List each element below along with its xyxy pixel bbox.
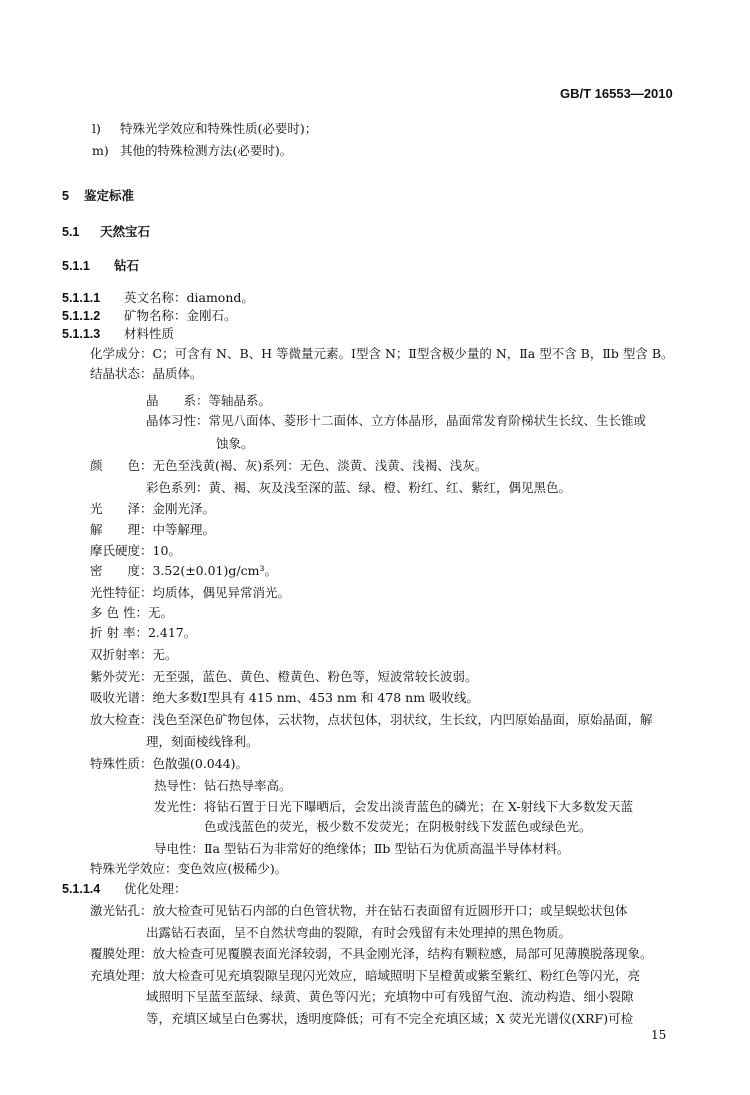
- clause-text: 优化处理：: [124, 881, 187, 896]
- prop-crystal-system: 晶 系：等轴晶系。: [146, 393, 271, 409]
- list-marker: m): [92, 143, 120, 159]
- treatment-filling: 充填处理：放大检查可见充填裂隙呈现闪光效应，暗域照明下呈橙黄或紫至紫红、粉红色等…: [90, 968, 640, 984]
- prop-birefringence: 双折射率：无。: [90, 647, 178, 663]
- treatment-laser-cont: 出露钻石表面，呈不自然状弯曲的裂隙，有时会残留有未处理掉的黑色物质。: [146, 925, 571, 941]
- list-marker: l): [92, 121, 120, 137]
- prop-magnification-cont: 理，刻面棱线锋利。: [146, 734, 259, 750]
- clause-number: 5.1.1.1: [62, 290, 124, 306]
- section-number: 5: [62, 188, 84, 204]
- prop-density: 密 度：3.52(±0.01)g/cm³。: [90, 563, 277, 579]
- treatment-filling-cont2: 等，充填区域呈白色雾状，透明度降低；可有不完全充填区域；X 荧光光谱仪(XRF)…: [146, 1011, 633, 1027]
- section-title: 鉴定标准: [84, 188, 134, 203]
- clause-text: 英文名称：diamond。: [124, 290, 254, 305]
- prop-conductivity: 导电性：Ⅱa 型钻石为非常好的绝缘体；Ⅱb 型钻石为优质高温半导体材料。: [154, 841, 569, 857]
- clause-5-1-1-4: 5.1.1.4优化处理：: [62, 881, 187, 897]
- prop-chemical: 化学成分：C；可含有 N、B、H 等微量元素。Ⅰ型含 N；Ⅱ型含极少量的 N，Ⅱ…: [90, 346, 674, 362]
- list-text: 特殊光学效应和特殊性质(必要时)；: [120, 121, 317, 136]
- prop-refractive-index: 折 射 率：2.417。: [90, 625, 196, 641]
- prop-luminescence-cont: 色或浅蓝色的荧光，极少数不发荧光；在阴极射线下发蓝色或绿色光。: [204, 819, 592, 835]
- page-number: 15: [651, 1028, 666, 1042]
- prop-luster: 光 泽：金刚光泽。: [90, 501, 215, 517]
- treatment-coating: 覆膜处理：放大检查可见覆膜表面光泽较弱，不具金刚光泽，结构有颗粒感，局部可见薄膜…: [90, 946, 653, 962]
- prop-optical-effect: 特殊光学效应：变色效应(极稀少)。: [90, 861, 287, 877]
- prop-color-series: 彩色系列：黄、褐、灰及浅至深的蓝、绿、橙、粉红、红、紫红，偶见黑色。: [146, 480, 571, 496]
- clause-5-1-1-2: 5.1.1.2矿物名称：金刚石。: [62, 308, 237, 324]
- treatment-laser: 激光钻孔：放大检查可见钻石内部的白色管状物，并在钻石表面留有近圆形开口；或呈蜈蚣…: [90, 903, 628, 919]
- section-heading-5: 5鉴定标准: [62, 188, 134, 204]
- prop-color: 颜 色：无色至浅黄(褐、灰)系列：无色、淡黄、浅黄、浅褐、浅灰。: [90, 458, 487, 474]
- clause-text: 矿物名称：金刚石。: [124, 308, 237, 323]
- section-heading-5-1-1: 5.1.1钻石: [62, 258, 139, 274]
- prop-crystal-state: 结晶状态：晶质体。: [90, 366, 203, 382]
- clause-number: 5.1.1.2: [62, 308, 124, 324]
- prop-magnification: 放大检查：浅色至深色矿物包体，云状物，点状包体，羽状纹，生长纹，内凹原始晶面，原…: [90, 712, 653, 728]
- prop-absorption: 吸收光谱：绝大多数Ⅰ型具有 415 nm、453 nm 和 478 nm 吸收线…: [90, 690, 479, 706]
- clause-number: 5.1.1.4: [62, 881, 124, 897]
- clause-5-1-1-1: 5.1.1.1英文名称：diamond。: [62, 290, 254, 306]
- prop-hardness: 摩氏硬度：10。: [90, 543, 181, 559]
- prop-luminescence: 发光性：将钻石置于日光下曝晒后，会发出淡青蓝色的磷光；在 X-射线下大多数发天蓝: [154, 799, 633, 815]
- prop-cleavage: 解 理：中等解理。: [90, 522, 215, 538]
- section-title: 钻石: [114, 258, 139, 273]
- list-item-l: l)特殊光学效应和特殊性质(必要时)；: [92, 121, 317, 137]
- clause-text: 材料性质: [124, 326, 174, 341]
- prop-crystal-habit-cont: 蚀象。: [216, 436, 254, 452]
- prop-special: 特殊性质：色散强(0.044)。: [90, 756, 248, 772]
- prop-optic: 光性特征：均质体，偶见异常消光。: [90, 585, 290, 601]
- prop-pleochroism: 多 色 性：无。: [90, 605, 173, 621]
- clause-5-1-1-3: 5.1.1.3材料性质: [62, 326, 174, 342]
- treatment-filling-cont: 域照明下呈蓝至蓝绿、绿黄、黄色等闪光；充填物中可有残留气泡、流动构造、细小裂隙: [146, 989, 634, 1005]
- prop-crystal-habit: 晶体习性：常见八面体、菱形十二面体、立方体晶形，晶面常发育阶梯状生长纹、生长锥或: [146, 413, 646, 429]
- section-number: 5.1.1: [62, 258, 114, 274]
- list-text: 其他的特殊检测方法(必要时)。: [120, 143, 292, 158]
- section-heading-5-1: 5.1天然宝石: [62, 224, 150, 240]
- prop-thermal: 热导性：钻石热导率高。: [154, 778, 292, 794]
- prop-uv-fluorescence: 紫外荧光：无至强，蓝色、黄色、橙黄色、粉色等，短波常较长波弱。: [90, 669, 478, 685]
- list-item-m: m)其他的特殊检测方法(必要时)。: [92, 143, 292, 159]
- clause-number: 5.1.1.3: [62, 326, 124, 342]
- standard-code-header: GB/T 16553—2010: [560, 86, 673, 101]
- section-title: 天然宝石: [100, 224, 150, 239]
- section-number: 5.1: [62, 224, 100, 240]
